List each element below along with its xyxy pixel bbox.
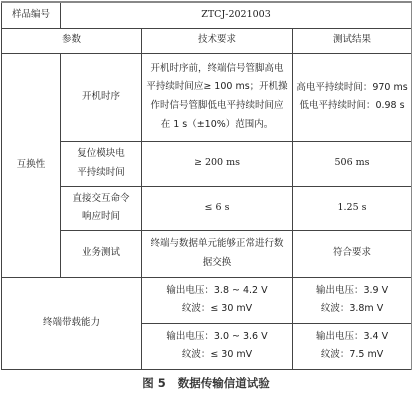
param-reset-level-duration: 复位模块电 平持续时间	[61, 141, 142, 186]
requirement-reset-level-duration: ≥ 200 ms	[142, 141, 293, 186]
table-row: 直接交互命令 响应时间 ≤ 6 s 1.25 s	[2, 186, 412, 230]
requirement-command-response-time: ≤ 6 s	[142, 186, 293, 230]
result-power-on-sequence: 高电平持续时间：970 ms 低电平持续时间：0.98 s	[293, 53, 412, 141]
param-command-response-time: 直接交互命令 响应时间	[61, 186, 142, 230]
test-results-table: 样品编号 ZTCJ-2021003 参数 技术要求 测试结果 互换性 开机时序 …	[1, 1, 412, 370]
interchangeability-label: 互换性	[2, 53, 61, 277]
table-row: 业务测试 终端与数据单元能够正常进行数 据交换 符合要求	[2, 230, 412, 277]
table-row: 终端带载能力 输出电压：3.8 ~ 4.2 V 纹波：≤ 30 mV 输出电压：…	[2, 277, 412, 323]
param-power-on-sequence: 开机时序	[61, 53, 142, 141]
header-row: 参数 技术要求 测试结果	[2, 28, 412, 53]
requirement-business-test: 终端与数据单元能够正常进行数 据交换	[142, 230, 293, 277]
load-capacity-label: 终端带载能力	[2, 277, 142, 369]
result-business-test: 符合要求	[293, 230, 412, 277]
result-reset-level-duration: 506 ms	[293, 141, 412, 186]
table-row: 复位模块电 平持续时间 ≥ 200 ms 506 ms	[2, 141, 412, 186]
load-requirement-1: 输出电压：3.8 ~ 4.2 V 纹波：≤ 30 mV	[142, 277, 293, 323]
sample-number-row: 样品编号 ZTCJ-2021003	[2, 2, 412, 28]
header-result: 测试结果	[293, 28, 412, 53]
load-result-2: 输出电压：3.4 V 纹波：7.5 mV	[293, 323, 412, 369]
load-requirement-2: 输出电压：3.0 ~ 3.6 V 纹波：≤ 30 mV	[142, 323, 293, 369]
sample-number-label: 样品编号	[2, 2, 61, 28]
table-row: 互换性 开机时序 开机时序前，终端信号管脚高电 平持续时间应≥ 100 ms；开…	[2, 53, 412, 141]
figure-title: 数据传输信道试验	[178, 376, 270, 390]
param-business-test: 业务测试	[61, 230, 142, 277]
header-requirement: 技术要求	[142, 28, 293, 53]
sample-number-value: ZTCJ-2021003	[61, 2, 412, 28]
load-result-1: 输出电压：3.9 V 纹波：3.8m V	[293, 277, 412, 323]
header-param: 参数	[2, 28, 142, 53]
figure-caption: 图 5数据传输信道试验	[0, 375, 412, 391]
figure-number: 图 5	[142, 376, 166, 390]
result-command-response-time: 1.25 s	[293, 186, 412, 230]
requirement-power-on-sequence: 开机时序前，终端信号管脚高电 平持续时间应≥ 100 ms；开机操 作时信号管脚…	[142, 53, 293, 141]
